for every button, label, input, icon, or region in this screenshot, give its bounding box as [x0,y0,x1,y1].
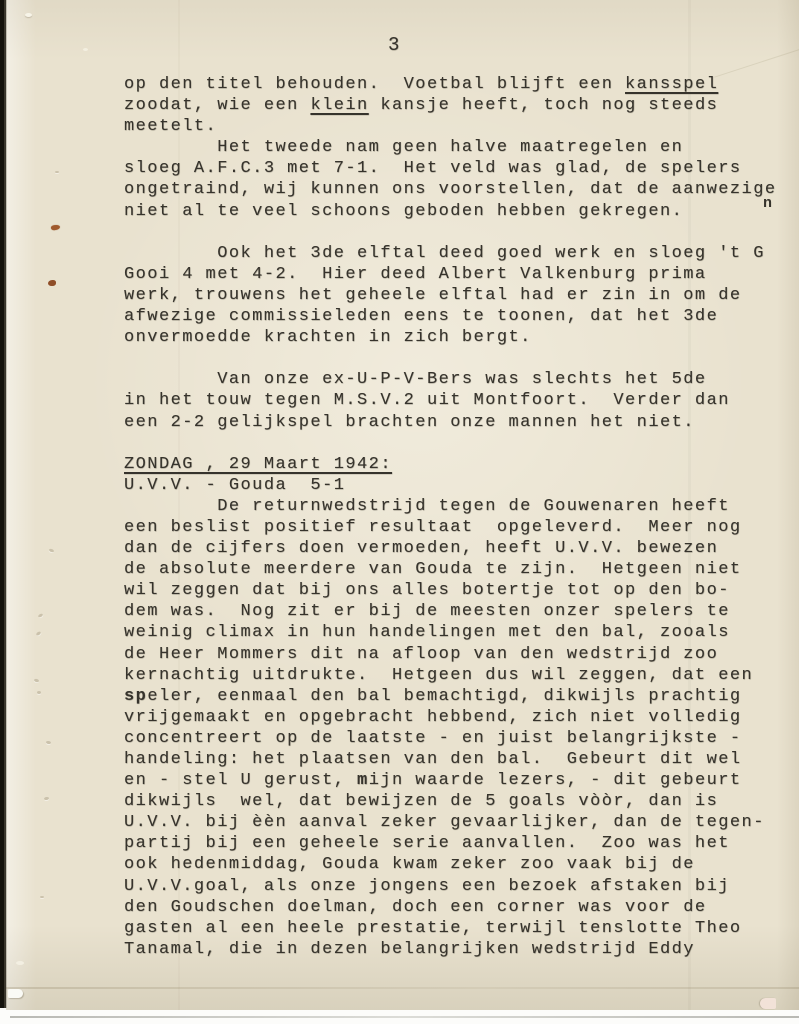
text-line: handeling: het plaatsen van den bal. Geb… [124,749,784,770]
scan-bottom-edge [10,1016,799,1018]
text-line: ook hedenmiddag, Gouda kwam zeker zoo va… [124,854,784,875]
text-line: weinig climax in hun handelingen met den… [124,622,784,643]
text-line: Gooi 4 met 4-2. Hier deed Albert Valkenb… [124,264,784,285]
text-line: ongetraind, wij kunnen ons voorstellen, … [124,179,784,200]
text-line: onvermoedde krachten in zich bergt. [124,327,784,348]
text-line: partij bij een geheele serie aanvallen. … [124,833,784,854]
text-line: dan de cijfers doen vermoeden, heeft U.V… [124,538,784,559]
paper-speck [16,961,24,965]
text-line: wil zeggen dat bij ons alles botertje to… [124,580,784,601]
text-line: de Heer Mommers dit na afloop van den we… [124,644,784,665]
text-line: Tanamal, die in dezen belangrijken wedst… [124,939,784,960]
document-scan: 3 op den titel behouden. Voetbal blijft … [0,0,799,1024]
typewritten-text: op den titel behouden. Voetbal blijft ee… [124,74,784,960]
text-line: den Goudschen doelman, doch een corner w… [124,897,784,918]
paper-dent [40,896,44,898]
text-line: gasten al een heele prestatie, terwijl t… [124,918,784,939]
paper-speck [25,13,32,17]
text-line: en - stel U gerust, mijn waarde lezers, … [124,770,784,791]
text-line: U.V.V. bij èèn aanval zeker gevaarlijker… [124,812,784,833]
text-line: vrijgemaakt en opgebracht hebbend, zich … [124,707,784,728]
text-line: Van onze ex-U-P-V-Bers was slechts het 5… [124,369,784,390]
paper-crease [6,987,799,989]
text-line: dikwijls wel, dat bewijzen de 5 goals vò… [124,791,784,812]
paper-dent [55,171,59,173]
text-line [124,433,784,454]
paper-notch [8,989,23,998]
text-line: in het touw tegen M.S.V.2 uit Montfoort.… [124,390,784,411]
paper-dent [46,741,51,745]
text-line: sloeg A.F.C.3 met 7-1. Het veld was glad… [124,158,784,179]
text-line: U.V.V.goal, als onze jongens een bezoek … [124,876,784,897]
paper-dent [37,691,41,694]
text-line: op den titel behouden. Voetbal blijft ee… [124,74,784,95]
paper-speck [83,48,88,51]
paper-notch [760,998,776,1009]
text-line: speler, eenmaal den bal bemachtigd, dikw… [124,686,784,707]
underlined-segment: kansspel [625,75,718,94]
text-line: U.V.V. - Gouda 5-1 [124,475,784,496]
underlined-segment: klein [310,96,368,115]
underlined-segment: ZONDAG , 29 Maart 1942: [124,455,392,474]
text-line: zoodat, wie een klein kansje heeft, toch… [124,95,784,116]
page-number: 3 [388,34,400,56]
text-line: ZONDAG , 29 Maart 1942: [124,454,784,475]
text-line: kernachtig uitdrukte. Hetgeen dus wil ze… [124,665,784,686]
rust-stain [48,280,56,286]
text-line [124,222,784,243]
text-line: meetelt. [124,116,784,137]
text-line: De returnwedstrijd tegen de Gouwenaren h… [124,496,784,517]
text-line: de absolute meerdere van Gouda te zijn. … [124,559,784,580]
text-line: werk, trouwens het geheele elftal had er… [124,285,784,306]
text-line: een 2-2 gelijkspel brachten onze mannen … [124,412,784,433]
text-line: dem was. Nog zit er bij de meesten onzer… [124,601,784,622]
scan-edge-strip [0,0,7,1008]
text-line: Het tweede nam geen halve maatregelen en [124,137,784,158]
text-line [124,348,784,369]
text-line: een beslist positief resultaat opgelever… [124,517,784,538]
text-line: Ook het 3de elftal deed goed werk en slo… [124,243,784,264]
text-line: niet al te veel schoons geboden hebben g… [124,201,784,222]
text-line: concentreert op de laatste - en juist be… [124,728,784,749]
typed-correction-n: n [763,195,772,212]
text-line: afwezige commissieleden eens te toonen, … [124,306,784,327]
